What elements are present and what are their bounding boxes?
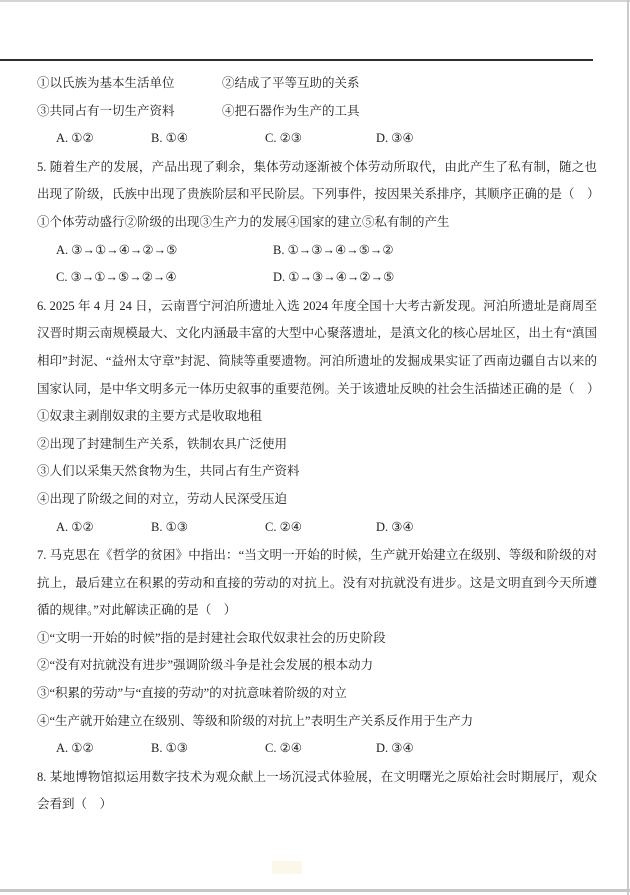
question-5: 5. 随着生产的发展，产品出现了剩余，集体劳动逐渐被个体劳动所取代，由此产生了私… [37, 154, 597, 292]
option-item-3: ③“积累的劳动”与“直接的劳动”的对抗意味着阶级的对立 [37, 680, 597, 708]
question-8: 8. 某地博物馆拟运用数字技术为观众献上一场沉浸式体验展，在文明曙光之原始社会时… [37, 764, 597, 819]
choices-row: A. ①② B. ①④ C. ②③ D. ③④ [37, 125, 597, 153]
question-stem: 7. 马克思在《哲学的贫困》中指出：“当文明一开始的时候，生产就开始建立在级别、… [37, 542, 597, 625]
option-pair-row: ①以氏族为基本生活单位 ②结成了平等互助的关系 [37, 70, 597, 98]
option-item-2: ②结成了平等互助的关系 [222, 70, 597, 98]
choice-c: C. ③→①→⑤→②→④ [56, 264, 273, 292]
choice-c: C. ②④ [265, 514, 376, 542]
choice-d: D. ③④ [376, 514, 597, 542]
question-6: 6. 2025 年 4 月 24 日，云南晋宁河泊所遗址入选 2024 年度全国… [37, 293, 597, 541]
choice-b: B. ①④ [151, 125, 265, 153]
sequence-options-line: ①个体劳动盛行②阶级的出现③生产力的发展④国家的建立⑤私有制的产生 [37, 209, 597, 237]
question-stem: 6. 2025 年 4 月 24 日，云南晋宁河泊所遗址入选 2024 年度全国… [37, 293, 597, 403]
question-stem: 5. 随着生产的发展，产品出现了剩余，集体劳动逐渐被个体劳动所取代，由此产生了私… [37, 154, 597, 209]
choice-b: B. ①③ [151, 514, 265, 542]
choice-b: B. ①→③→④→⑤→② [273, 237, 597, 265]
option-item-3: ③人们以采集天然食物为生，共同占有生产资料 [37, 458, 597, 486]
option-item-2: ②出现了封建制生产关系，铁制农具广泛使用 [37, 431, 597, 459]
option-item-1: ①“文明一开始的时候”指的是封建社会取代奴隶社会的历史阶段 [37, 625, 597, 653]
question-stem: 8. 某地博物馆拟运用数字技术为观众献上一场沉浸式体验展，在文明曙光之原始社会时… [37, 764, 597, 819]
choice-a: A. ①② [56, 735, 151, 763]
choice-d: D. ③④ [376, 125, 597, 153]
option-item-1: ①以氏族为基本生活单位 [37, 70, 222, 98]
choice-a: A. ①② [56, 125, 151, 153]
choice-a: A. ①② [56, 514, 151, 542]
choice-a: A. ③→①→④→②→⑤ [56, 237, 273, 265]
exam-page-content: ①以氏族为基本生活单位 ②结成了平等互助的关系 ③共同占有一切生产资料 ④把石器… [0, 61, 630, 820]
option-pair-row: ③共同占有一切生产资料 ④把石器作为生产的工具 [37, 98, 597, 126]
option-item-4: ④“生产就开始建立在级别、等级和阶级的对抗上”表明生产关系反作用于生产力 [37, 708, 597, 736]
option-item-1: ①奴隶主剥削奴隶的主要方式是收取地租 [37, 403, 597, 431]
option-item-3: ③共同占有一切生产资料 [37, 98, 222, 126]
choice-c: C. ②③ [265, 125, 376, 153]
choices-row: A. ①② B. ①③ C. ②④ D. ③④ [37, 735, 597, 763]
choice-b: B. ①③ [151, 735, 265, 763]
question-4-partial: ①以氏族为基本生活单位 ②结成了平等互助的关系 ③共同占有一切生产资料 ④把石器… [37, 70, 597, 153]
option-item-4: ④出现了阶级之间的对立，劳动人民深受压迫 [37, 486, 597, 514]
choice-c: C. ②④ [265, 735, 376, 763]
option-item-2: ②“没有对抗就没有进步”强调阶级斗争是社会发展的根本动力 [37, 652, 597, 680]
choice-d: D. ①→③→④→②→⑤ [273, 264, 597, 292]
page-top-separator [0, 0, 630, 2]
choice-d: D. ③④ [376, 735, 597, 763]
choices-row: A. ①② B. ①③ C. ②④ D. ③④ [37, 514, 597, 542]
watermark-remnant [272, 861, 302, 874]
choices-grid: A. ③→①→④→②→⑤ B. ①→③→④→⑤→② C. ③→①→⑤→②→④ D… [37, 237, 597, 292]
option-item-4: ④把石器作为生产的工具 [222, 98, 597, 126]
page-bottom-separator [0, 889, 630, 892]
question-7: 7. 马克思在《哲学的贫困》中指出：“当文明一开始的时候，生产就开始建立在级别、… [37, 542, 597, 763]
